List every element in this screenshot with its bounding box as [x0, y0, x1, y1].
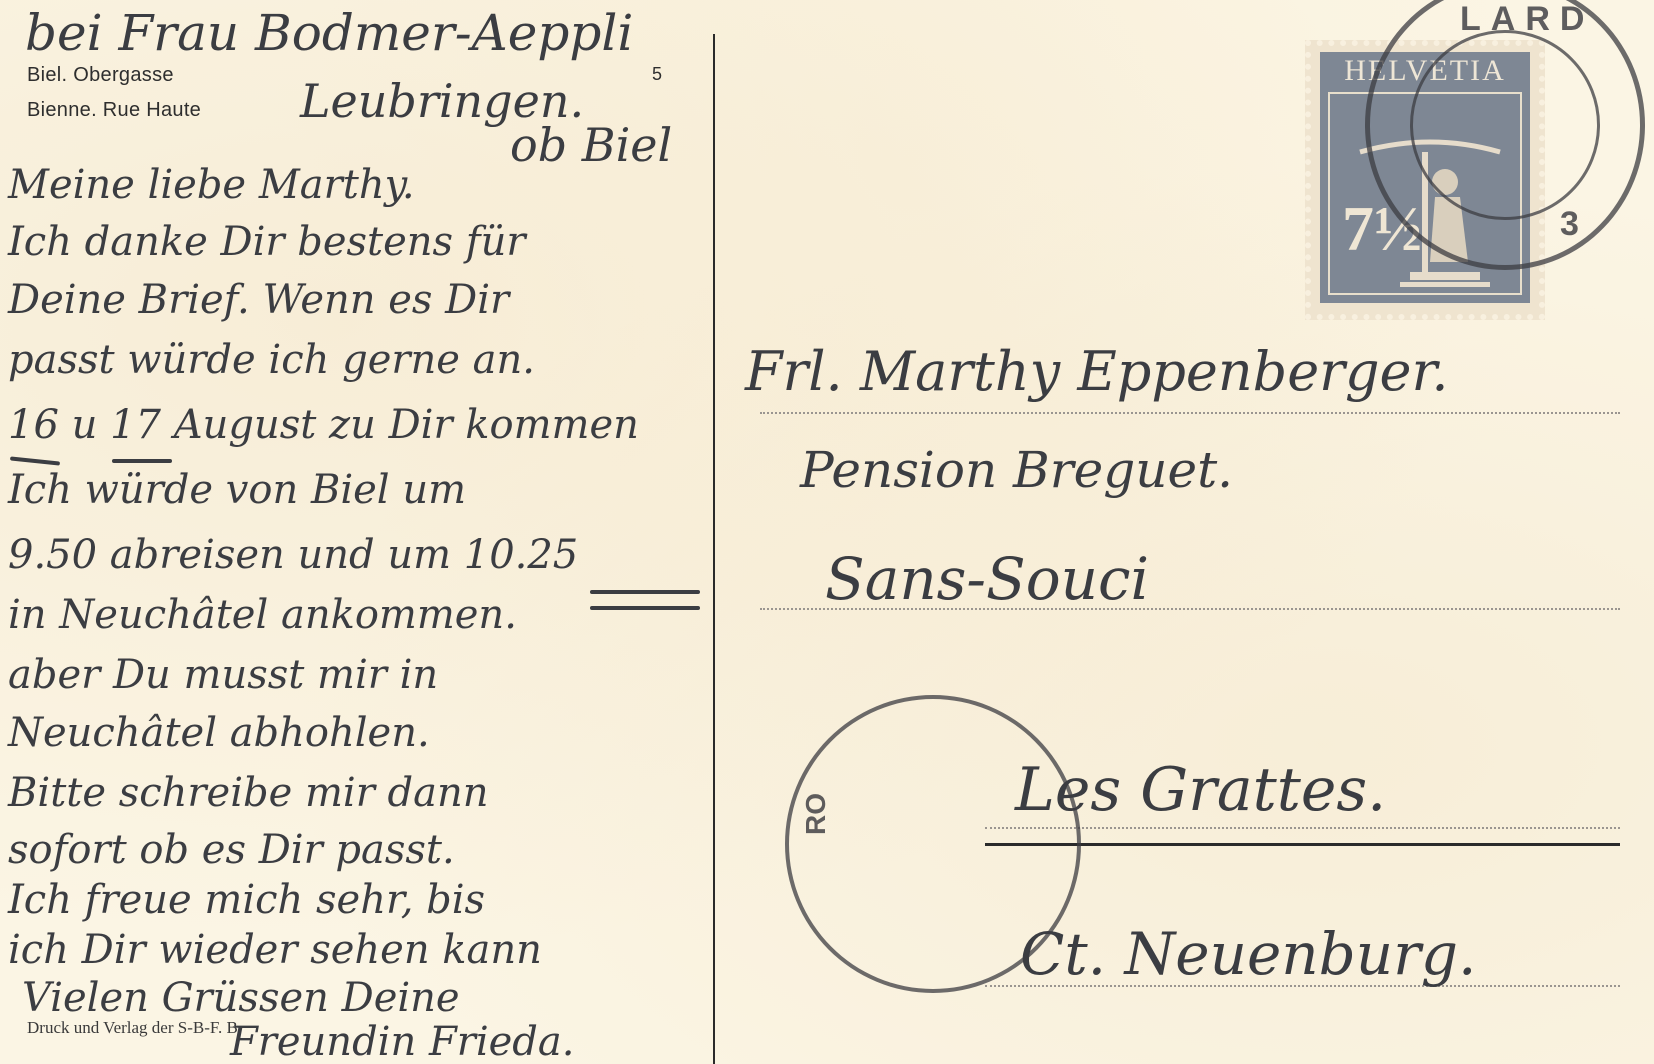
publisher-imprint: Druck und Verlag der S-B-F. B.	[27, 1018, 242, 1038]
postmark-center	[785, 695, 1081, 993]
recipient-line3: Sans-Souci	[825, 550, 1149, 608]
message-line: Meine liebe Marthy.	[8, 165, 415, 205]
card-number: 5	[652, 64, 662, 85]
message-line: sofort ob es Dir passt.	[8, 830, 455, 870]
message-line: Neuchâtel abhohlen.	[8, 713, 430, 753]
postmark-center-text: RO	[800, 793, 832, 835]
message-line: 16 u 17 August zu Dir kommen	[8, 405, 639, 445]
underline-mark	[590, 606, 700, 610]
postmark-text: LARD	[1460, 0, 1594, 39]
message-line: ich Dir wieder sehen kann	[8, 930, 542, 970]
recipient-name: Frl. Marthy Eppenberger.	[745, 345, 1449, 399]
postmark-date: 3	[1560, 205, 1579, 244]
sender-address-line1: bei Frau Bodmer-Aeppli	[25, 8, 633, 58]
underline-mark	[10, 456, 60, 465]
message-signature: Freundin Frieda.	[230, 1022, 574, 1062]
message-line: Ich würde von Biel um	[8, 470, 466, 510]
address-line-1	[760, 412, 1620, 414]
underline-mark	[590, 590, 700, 594]
message-line: aber Du musst mir in	[8, 655, 438, 695]
underline-mark	[112, 459, 172, 463]
sender-address-line3: ob Biel	[510, 122, 672, 168]
caption-french: Bienne. Rue Haute	[27, 99, 201, 122]
message-line: Bitte schreibe mir dann	[8, 773, 489, 813]
message-line: passt würde ich gerne an.	[8, 340, 535, 380]
caption-german: Biel. Obergasse	[27, 64, 174, 87]
recipient-region: Ct. Neuenburg.	[1020, 925, 1476, 983]
recipient-line2: Pension Breguet.	[800, 445, 1233, 495]
message-line: in Neuchâtel ankommen.	[8, 595, 517, 635]
message-line: 9.50 abreisen und um 10.25	[8, 535, 578, 575]
center-divider	[713, 34, 715, 1064]
message-line: Deine Brief. Wenn es Dir	[8, 280, 509, 320]
message-line: Ich danke Dir bestens für	[8, 222, 525, 262]
message-line: Ich freue mich sehr, bis	[8, 880, 485, 920]
postmark-inner-ring	[1410, 30, 1600, 220]
message-line: Vielen Grüssen Deine	[22, 978, 460, 1018]
